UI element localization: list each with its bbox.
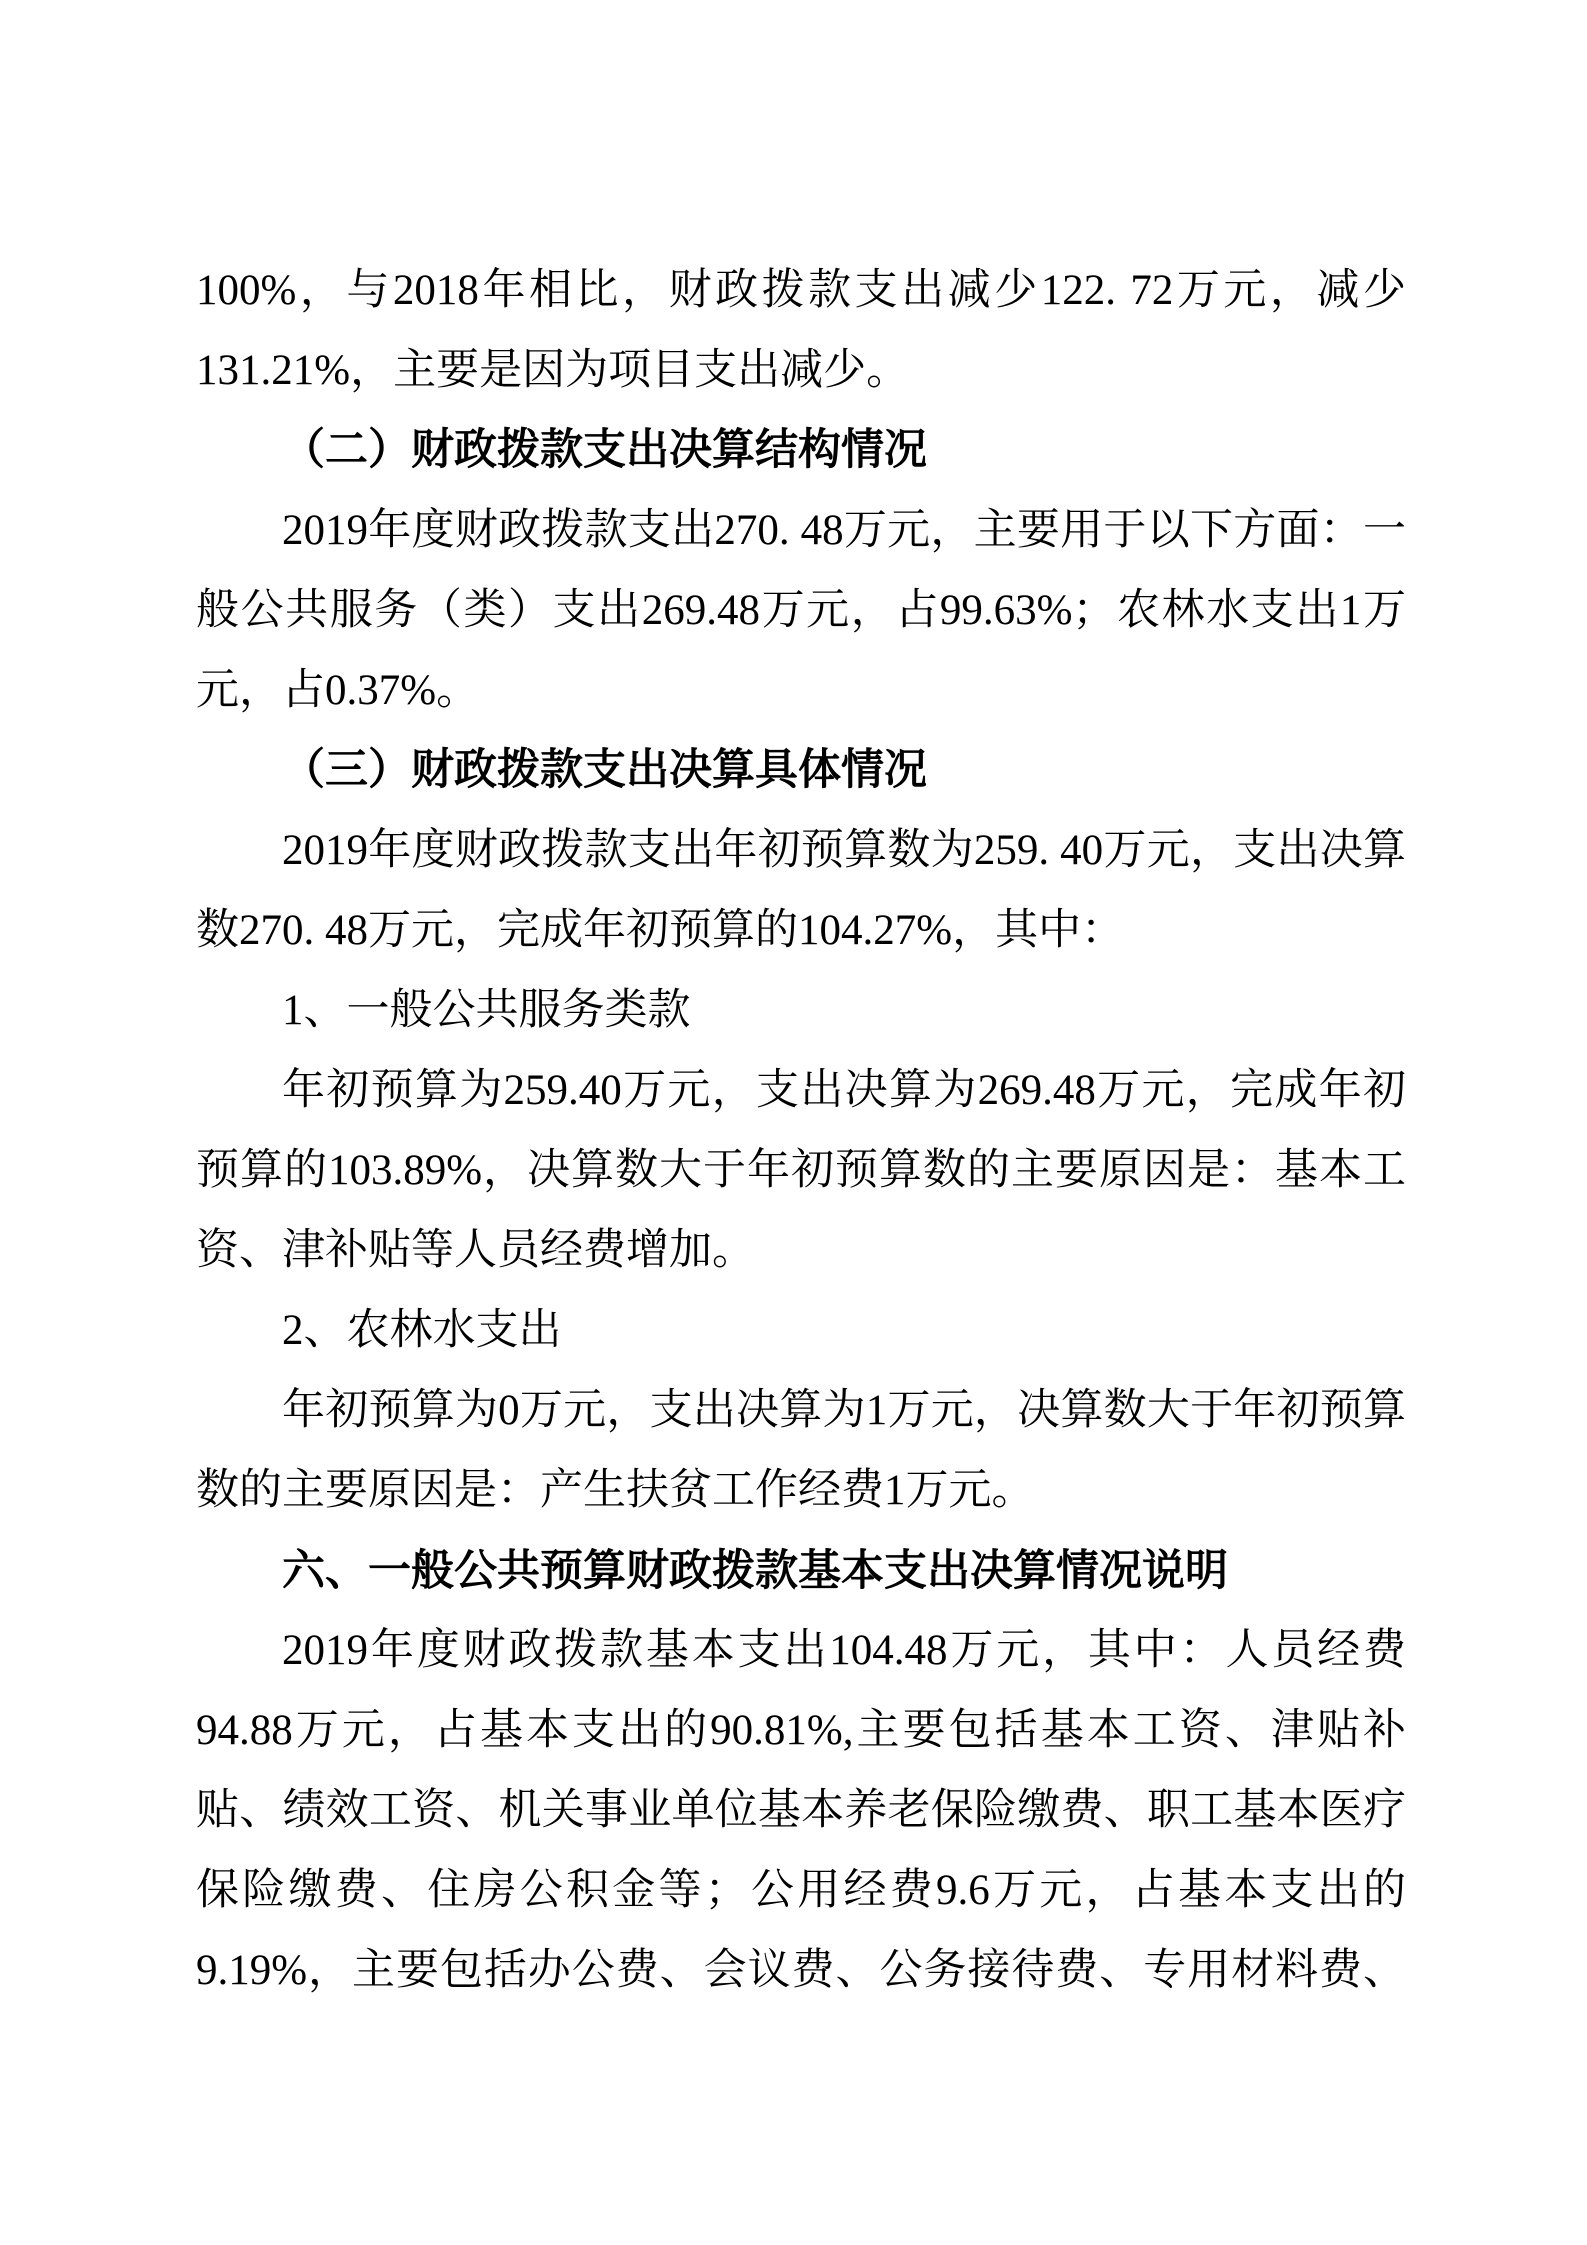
text-line: 数的主要原因是：产生扶贫工作经费1万元。 bbox=[196, 1451, 1406, 1531]
section-heading: （二）财政拨款支出决算结构情况 bbox=[196, 411, 1406, 491]
text-line: 元，占0.37%。 bbox=[196, 651, 1406, 731]
text-line: 般公共服务（类）支出269.48万元，占99.63%；农林水支出1万 bbox=[196, 571, 1406, 651]
text-line: 2019年度财政拨款基本支出104.48万元，其中：人员经费 bbox=[196, 1611, 1406, 1691]
text-line: 2、农林水支出 bbox=[196, 1291, 1406, 1371]
text-line: 贴、绩效工资、机关事业单位基本养老保险缴费、职工基本医疗 bbox=[196, 1771, 1406, 1851]
text-line: 年初预算为259.40万元，支出决算为269.48万元，完成年初 bbox=[196, 1051, 1406, 1131]
text-line: 1、一般公共服务类款 bbox=[196, 971, 1406, 1051]
text-line: 2019年度财政拨款支出年初预算数为259. 40万元，支出决算 bbox=[196, 811, 1406, 891]
text-line: 2019年度财政拨款支出270. 48万元，主要用于以下方面：一 bbox=[196, 491, 1406, 571]
text-line: 100%，与2018年相比，财政拨款支出减少122. 72万元，减少 bbox=[196, 251, 1406, 331]
document-page: 100%，与2018年相比，财政拨款支出减少122. 72万元，减少131.21… bbox=[0, 0, 1587, 2245]
text-line: 预算的103.89%，决算数大于年初预算数的主要原因是：基本工 bbox=[196, 1131, 1406, 1211]
text-line: 资、津补贴等人员经费增加。 bbox=[196, 1211, 1406, 1291]
text-line: 131.21%，主要是因为项目支出减少。 bbox=[196, 331, 1406, 411]
text-line: 年初预算为0万元，支出决算为1万元，决算数大于年初预算 bbox=[196, 1371, 1406, 1451]
section-heading: 六、一般公共预算财政拨款基本支出决算情况说明 bbox=[196, 1531, 1406, 1611]
text-line: 保险缴费、住房公积金等；公用经费9.6万元，占基本支出的 bbox=[196, 1851, 1406, 1931]
section-heading: （三）财政拨款支出决算具体情况 bbox=[196, 731, 1406, 811]
text-line: 数270. 48万元，完成年初预算的104.27%，其中： bbox=[196, 891, 1406, 971]
page-content: 100%，与2018年相比，财政拨款支出减少122. 72万元，减少131.21… bbox=[196, 251, 1406, 2011]
text-line: 94.88万元，占基本支出的90.81%,主要包括基本工资、津贴补 bbox=[196, 1691, 1406, 1771]
text-line: 9.19%，主要包括办公费、会议费、公务接待费、专用材料费、 bbox=[196, 1931, 1406, 2011]
